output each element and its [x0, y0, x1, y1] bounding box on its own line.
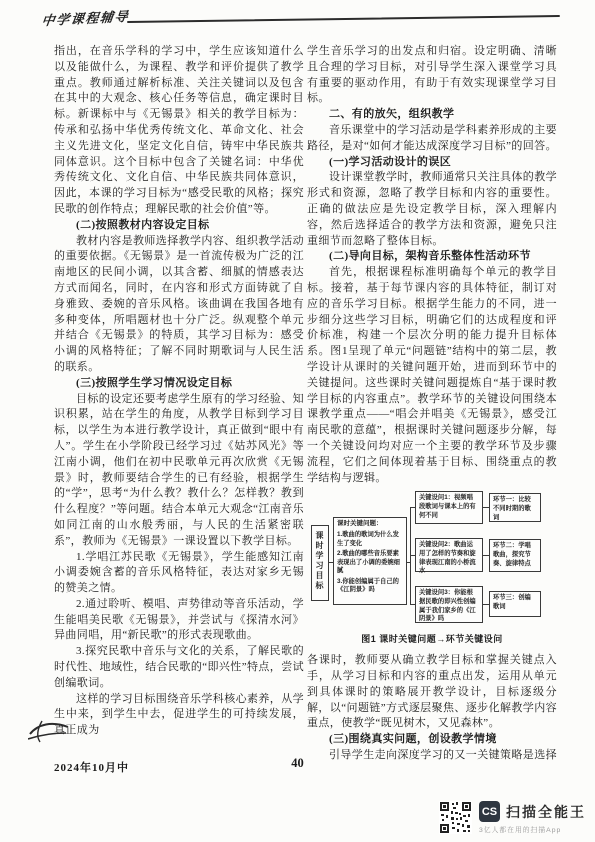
watermark-text-block: CS 扫描全能王 3亿人都在用的扫描App [479, 801, 586, 834]
figure-segment-1-box: 环节一：比较不同时期的歌词 [489, 493, 541, 522]
masthead-rule [127, 15, 560, 23]
figure-question-1-box: 关键设问1：视频唱段歌词与课本上的有何不同 [415, 491, 483, 524]
paragraph: 设计课堂教学时，教师通常只关注具体的教学形式和资源，忽略了教学目标和内容的重要性… [307, 170, 557, 249]
paragraph: 目标的设定还要考虑学生原有的学习经验、知识积累，站在学生的角度，从教学目标到学习… [54, 392, 304, 550]
figure-box-item: 1.歌曲的歌词为什么发生了变化 [337, 531, 403, 548]
figure-box-title: 课时关键问题： [337, 520, 403, 529]
figure-segment-2-box: 环节二：学唱歌曲，探究节奏、旋律特点 [489, 539, 541, 572]
subsection-heading: (二)导向目标，架构音乐整体性活动环节 [307, 249, 557, 265]
list-item-paragraph: 2.通过聆听、模唱、声势律动等音乐活动，学生能唱美民歌《无锡景》，并尝试与《探清… [54, 597, 304, 644]
camscanner-logo-icon: CS [479, 801, 500, 822]
paragraph: 教材内容是教师选择教学内容、组织教学活动的重要依据。《无锡景》是一首流传极为广泛… [54, 234, 304, 376]
camscanner-watermark: CS 扫描全能王 3亿人都在用的扫描App [439, 801, 586, 834]
figure-question-2-box: 关键设问2：歌曲运用了怎样的节奏和旋律表现江南的小桥流水 [415, 538, 483, 572]
app-name: 扫描全能王 [506, 802, 586, 822]
subsection-heading: (三)围绕真实问题，创设教学情境 [307, 732, 557, 748]
right-column: 学生音乐学习的出发点和归宿。设定明确、清晰且合理的学习目标，对引导学生深入课堂学… [307, 44, 557, 764]
figure-segment-3-box: 环节三：创编歌词 [489, 591, 541, 617]
paragraph: 指出，在音乐学科的学习中，学生应该知道什么以及能做什么，为课程、教学和评价提供了… [54, 44, 304, 218]
figure-box-item: 2.歌曲的哪些音乐要素表现出了小调的委婉细腻 [337, 550, 403, 576]
paragraph: 首先，根据课程标准明确每个单元的教学目标。接着，基于每节课内容的具体特征，制订对… [307, 265, 557, 486]
subsection-heading: (二)按照教材内容设定目标 [54, 218, 304, 234]
scanned-journal-page: 中学课程辅导 指出，在音乐学科的学习中，学生应该知道什么以及能做什么，为课程、教… [0, 0, 595, 842]
list-item-paragraph: 1.学唱江苏民歌《无锡景》，学生能感知江南小调委婉含蓄的音乐风格特征，表达对家乡… [54, 550, 304, 597]
connector-spine [410, 507, 411, 605]
subsection-heading: (一)学习活动设计的误区 [307, 155, 557, 171]
qr-code [439, 801, 472, 834]
page-number: 40 [0, 756, 595, 771]
figure-caption: 图1 课时关键问题→环节关键设问 [307, 632, 557, 648]
list-item-paragraph: 3.探究民歌中音乐与文化的关系，了解民歌的时代性、地域性，结合民歌的“即兴性”特… [54, 644, 304, 691]
figure-box-item: 3.你能创编属于自己的《江阴景》吗 [337, 578, 403, 595]
paragraph: 学生音乐学习的出发点和归宿。设定明确、清晰且合理的学习目标，对引导学生深入课堂学… [307, 44, 557, 107]
figure-1-diagram: 课时学习目标 课时关键问题： 1.歌曲的歌词为什么发生了变化 2.歌曲的哪些音乐… [307, 491, 557, 628]
left-column: 指出，在音乐学科的学习中，学生应该知道什么以及能做什么，为课程、教学和评价提供了… [54, 44, 304, 739]
section-heading: 二、有的放矢，组织教学 [307, 107, 557, 123]
paragraph: 音乐课堂中的学习活动是学科素养形成的主要路径，是对“如何才能达成深度学习目标”的… [307, 123, 557, 155]
app-tagline: 3亿人都在用的扫描App [479, 824, 586, 834]
figure-question-3-box: 关键设问3：你能根据民歌的即兴性创编属于我们家乡的《江阴景》吗 [415, 586, 483, 623]
journal-masthead: 中学课程辅导 [40, 6, 130, 30]
figure-goal-box: 课时学习目标 [311, 525, 329, 601]
paragraph: 各课时，教师要从确立教学目标和掌握关键点入手，从学习目标和内容的重点出发，运用从… [307, 653, 557, 732]
subsection-heading: (三)按照学生学习情况设定目标 [54, 376, 304, 392]
paragraph: 这样的学习目标围绕音乐学科核心素养，从学生中来，到学生中去，促进学生的可持续发展… [54, 692, 304, 739]
pen-mark-artifact [28, 718, 70, 744]
figure-key-questions-box: 课时关键问题： 1.歌曲的歌词为什么发生了变化 2.歌曲的哪些音乐要素表现出了小… [333, 517, 407, 605]
